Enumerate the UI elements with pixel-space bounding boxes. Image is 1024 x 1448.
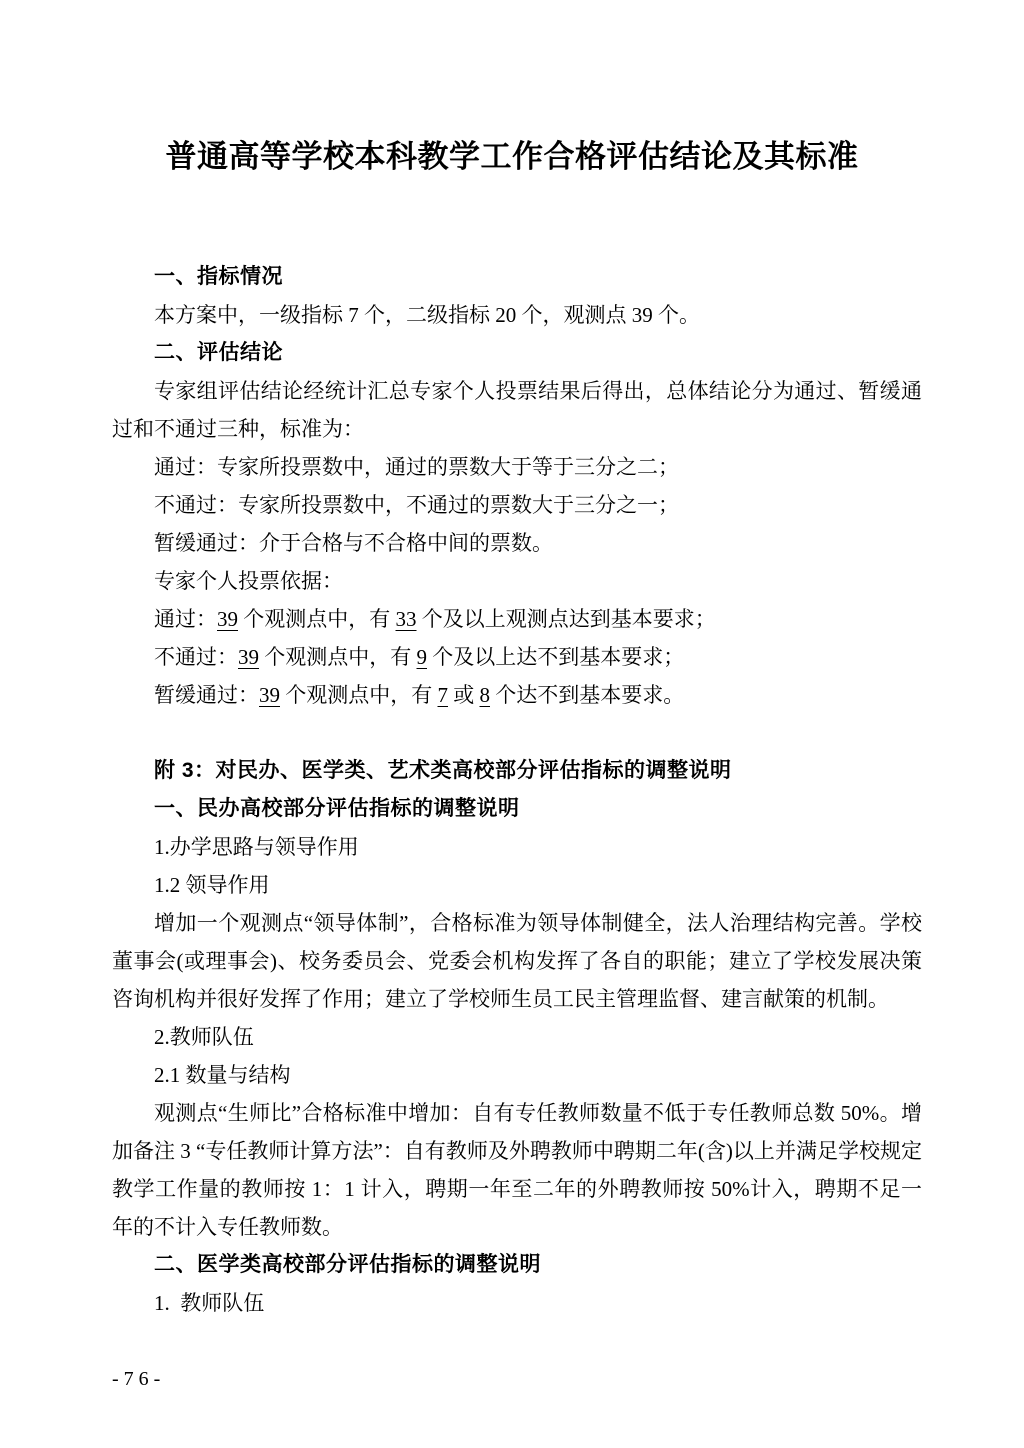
vote-pass-text: 个及以上观测点达到基本要求； — [417, 607, 716, 631]
vote-fail-total: 39 — [238, 645, 259, 669]
para-vote-basis-label: 专家个人投票依据： — [112, 562, 922, 600]
item-1-thinking-leadership: 1.办学思路与领导作用 — [112, 828, 922, 866]
para-deferred-rule: 暂缓通过：介于合格与不合格中间的票数。 — [112, 524, 922, 562]
heading-private-colleges: 一、民办高校部分评估指标的调整说明 — [112, 790, 922, 828]
para-pass-rule: 通过：专家所投票数中，通过的票数大于等于三分之二； — [112, 448, 922, 486]
item-1-2-leadership: 1.2 领导作用 — [112, 866, 922, 904]
para-vote-deferred: 暂缓通过：39 个观测点中，有 7 或 8 个达不到基本要求。 — [112, 676, 922, 714]
para-conclusion-intro: 专家组评估结论经统计汇总专家个人投票结果后得出，总体结论分为通过、暂缓通过和不通… — [112, 372, 922, 448]
vote-deferred-text: 或 — [448, 683, 480, 707]
para-indicators-body: 本方案中，一级指标 7 个，二级指标 20 个，观测点 39 个。 — [112, 296, 922, 334]
vote-fail-text: 不通过： — [154, 645, 238, 669]
para-vote-fail: 不通过：39 个观测点中，有 9 个及以上达不到基本要求； — [112, 638, 922, 676]
vote-fail-text: 个及以上达不到基本要求； — [427, 645, 684, 669]
heading-medical-colleges: 二、医学类高校部分评估指标的调整说明 — [112, 1246, 922, 1284]
heading-appendix-3: 附 3：对民办、医学类、艺术类高校部分评估指标的调整说明 — [112, 752, 922, 790]
para-leadership-body: 增加一个观测点“领导体制”，合格标准为领导体制健全，法人治理结构完善。学校董事会… — [112, 904, 922, 1018]
heading-indicators: 一、指标情况 — [112, 258, 922, 296]
item-2-faculty: 2.教师队伍 — [112, 1018, 922, 1056]
para-fail-rule: 不通过：专家所投票数中，不通过的票数大于三分之一； — [112, 486, 922, 524]
vote-deferred-threshold-high: 8 — [480, 683, 491, 707]
item-2-1-quantity-structure: 2.1 数量与结构 — [112, 1056, 922, 1094]
page-number: -76- — [112, 1368, 165, 1391]
vote-deferred-text: 暂缓通过： — [154, 683, 259, 707]
vote-deferred-threshold-low: 7 — [438, 683, 449, 707]
vote-deferred-total: 39 — [259, 683, 280, 707]
vote-fail-text: 个观测点中，有 — [259, 645, 417, 669]
vote-pass-text: 通过： — [154, 607, 217, 631]
document-title: 普通高等学校本科教学工作合格评估结论及其标准 — [0, 131, 1024, 183]
vote-deferred-text: 个观测点中，有 — [280, 683, 438, 707]
vote-pass-total: 39 — [217, 607, 238, 631]
document-body: 一、指标情况 本方案中，一级指标 7 个，二级指标 20 个，观测点 39 个。… — [112, 258, 922, 1322]
vote-fail-threshold: 9 — [417, 645, 428, 669]
vote-pass-threshold: 33 — [396, 607, 417, 631]
heading-conclusion: 二、评估结论 — [112, 334, 922, 372]
para-vote-pass: 通过：39 个观测点中，有 33 个及以上观测点达到基本要求； — [112, 600, 922, 638]
vote-deferred-text: 个达不到基本要求。 — [490, 683, 684, 707]
item-1-faculty-medical: 1. 教师队伍 — [112, 1284, 922, 1322]
section-spacer — [112, 714, 922, 752]
document-page: 普通高等学校本科教学工作合格评估结论及其标准 一、指标情况 本方案中，一级指标 … — [0, 0, 1024, 1448]
para-quantity-structure-body: 观测点“生师比”合格标准中增加：自有专任教师数量不低于专任教师总数 50%。增加… — [112, 1094, 922, 1246]
vote-pass-text: 个观测点中，有 — [238, 607, 396, 631]
